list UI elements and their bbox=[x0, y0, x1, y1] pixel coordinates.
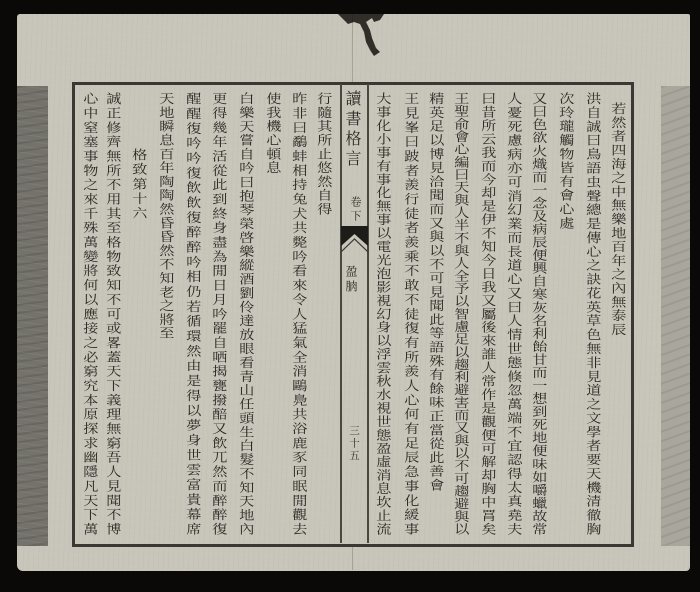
section-heading: 格致第十六 bbox=[124, 92, 153, 535]
left-edge-strip bbox=[17, 86, 48, 546]
chapter-label: 盈朒 bbox=[344, 265, 358, 295]
text-column: 使我機心頓息 bbox=[258, 92, 287, 535]
text-column: 醒醒復吟吟復飲飲復醉醉吟相仍若循環然由是得以夢身世雲富貴幕席 bbox=[178, 92, 207, 535]
right-edge-strip bbox=[661, 86, 690, 546]
text-column: 白樂天嘗自吟曰抱琴榮啓樂縱酒劉伶達放眼看青山任頭生白髮不知天地內 bbox=[231, 92, 260, 535]
text-column: 心中窒塞事物之來千殊萬變將何以應接之必窮究本原探求幽隱凡天下萬 bbox=[75, 92, 104, 535]
text-column: 王見峯曰跛者羨行徒者羨乘不敢不徒復有所羨人心何有足辰急事化緩事 bbox=[396, 92, 425, 535]
paper-tear bbox=[336, 12, 386, 60]
text-column: 次玲瓏觸物皆有會心處 bbox=[551, 92, 580, 535]
text-column: 人憂死慮病亦可消幻業而長道心又曰人情世態倏忽萬端不宜認得太真堯夫 bbox=[499, 92, 528, 535]
text-column: 更得幾年活從此到終身盡為閒日月吟罷自哂揭甕撥醅又飲兀然而醉醉復 bbox=[204, 92, 233, 535]
fold-line-bottom bbox=[352, 546, 353, 570]
page-number: 三十五 bbox=[347, 425, 360, 463]
text-column: 大事化小事有事化無事以電光泡影視幻身以浮雲秋水視世態盈虛消息坎止流 bbox=[368, 92, 397, 535]
text-column: 昨非曰鷸蚌相持兔犬共斃吟看來令人猛氣全消鷗鳧共浴鹿豕同眠閒觀去 bbox=[284, 92, 313, 535]
text-column: 若然者四海之中無樂地百年之內無泰辰 bbox=[603, 92, 632, 535]
text-column: 洪自誠曰鳥語虫聲總是傳心之訣花英草色無非見道之文學者要天機清徹胸 bbox=[578, 92, 607, 535]
volume-label: 卷下 bbox=[348, 196, 362, 224]
text-column: 王聖俞會心編曰天與人半不與人全予以智慮足以趨利避害而又與以不可趨避與以 bbox=[446, 92, 475, 535]
text-column: 精英足以博見洽聞而又與以不可見聞此等語殊有餘味正當從此善會 bbox=[421, 92, 450, 535]
book-title: 讀書格言 bbox=[342, 90, 362, 170]
text-column: 又曰色欲火熾而一念及病辰便興自寒灰名利飴甘而一想到死地便味如嚼蠟故常 bbox=[524, 92, 553, 535]
text-column: 曰昔所云我而今却是伊不知今日我又屬後來誰人常作是觀便可解却胸中罥矣 bbox=[473, 92, 502, 535]
text-column: 行隨其所止悠然自得 bbox=[309, 92, 338, 535]
fishtail-ornament-icon bbox=[341, 226, 368, 256]
text-column: 天地瞬息百年陶陶然昏昏然不知老之將至 bbox=[151, 92, 180, 535]
